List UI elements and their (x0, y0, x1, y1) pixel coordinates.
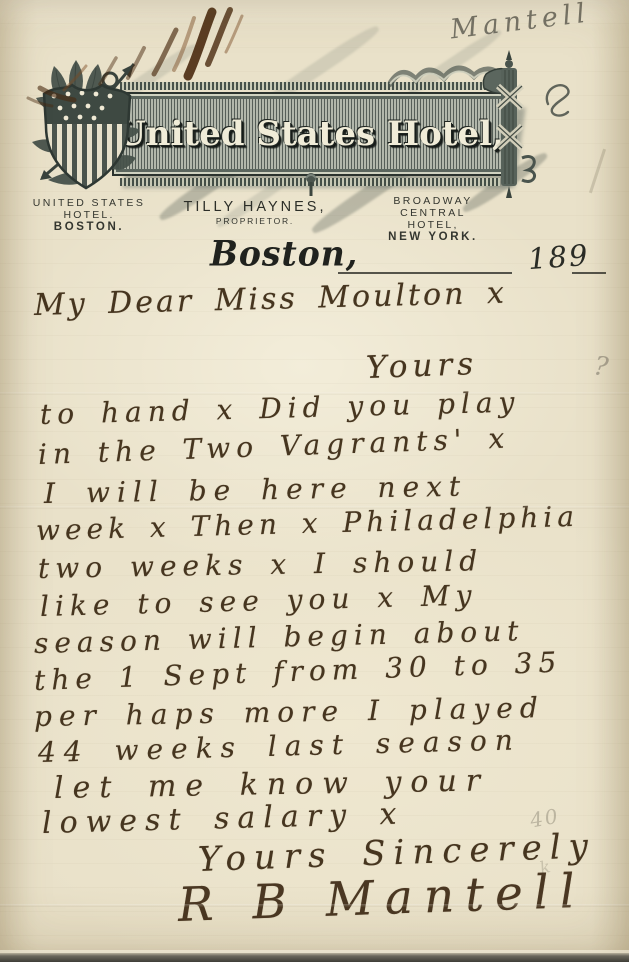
scanned-letter-page: United States Hotel, (0, 0, 629, 962)
scan-vignette (0, 0, 629, 962)
scan-edge (0, 953, 629, 962)
